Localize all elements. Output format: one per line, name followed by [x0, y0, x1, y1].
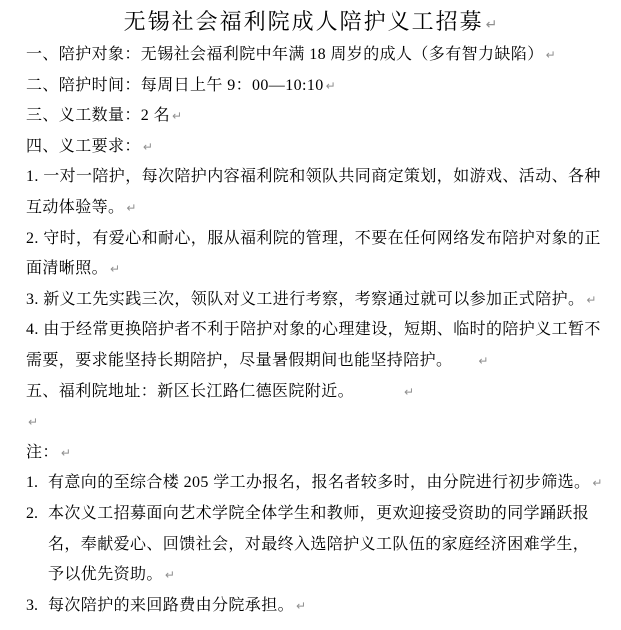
- body-line-empty: ↵: [26, 407, 621, 438]
- note-line-text: 本次义工招募面向艺术学院全体学生和教师，更欢迎接受资助的同学踊跃报: [48, 505, 589, 522]
- note-item-number: 3.: [26, 591, 48, 622]
- note-item-3: 3.每次陪护的来回路费由分院承担。↵: [26, 591, 621, 622]
- body-line-text: 1. 一对一陪护，每次陪护内容福利院和领队共同商定策划，如游戏、活动、各种: [26, 168, 601, 185]
- body-line-text: 2. 守时，有爱心和耐心，服从福利院的管理，不要在任何网络发布陪护对象的正: [26, 230, 601, 247]
- body-line-1: 一、陪护对象：无锡社会福利院中年满 18 周岁的成人（多有智力缺陷）↵: [26, 40, 621, 71]
- paragraph-mark: ↵: [326, 79, 336, 93]
- note-item-1: 1.有意向的至综合楼 205 学工办报名，报名者较多时，由分院进行初步筛选。↵: [26, 468, 621, 499]
- note-line-text: 每次陪护的来回路费由分院承担。: [48, 597, 294, 614]
- paragraph-mark: ↵: [143, 140, 153, 154]
- note-item-number: 1.: [26, 468, 48, 499]
- body-line-11: 需要，要求能坚持长期陪护，尽量暑假期间也能坚持陪护。↵: [26, 346, 621, 377]
- body-line-text: 面清晰照。: [26, 260, 108, 277]
- note-line-text: 予以优先资助。: [48, 566, 163, 583]
- note-line-text: 名，奉献爱心、回馈社会，对最终入选陪护义工队伍的家庭经济困难学生，: [48, 536, 589, 553]
- paragraph-mark: ↵: [586, 293, 596, 307]
- paragraph-mark: ↵: [296, 599, 306, 613]
- paragraph-mark: ↵: [404, 385, 414, 399]
- paragraph-mark: ↵: [126, 201, 136, 215]
- title-text: 无锡社会福利院成人陪护义工招募: [124, 9, 484, 34]
- document-body: 一、陪护对象：无锡社会福利院中年满 18 周岁的成人（多有智力缺陷）↵ 二、陪护…: [0, 40, 621, 621]
- body-line-2: 二、陪护时间：每周日上午 9：00—10:10↵: [26, 71, 621, 102]
- body-line-text: 4. 由于经常更换陪护者不利于陪护对象的心理建设，短期、临时的陪护义工暂不: [26, 321, 601, 338]
- note-item-number: 2.: [26, 499, 48, 530]
- body-line-4: 四、义工要求：↵: [26, 132, 621, 163]
- body-line-text: 需要，要求能坚持长期陪护，尽量暑假期间也能坚持陪护。: [26, 352, 452, 369]
- body-line-note-label: 注：↵: [26, 438, 621, 469]
- document-page: 无锡社会福利院成人陪护义工招募↵ 一、陪护对象：无锡社会福利院中年满 18 周岁…: [0, 0, 621, 630]
- paragraph-mark: ↵: [172, 109, 182, 123]
- body-line-text: 四、义工要求：: [26, 138, 141, 155]
- body-line-text: 三、义工数量：2 名: [26, 107, 170, 124]
- note-line-text: 有意向的至综合楼 205 学工办报名，报名者较多时，由分院进行初步筛选。: [48, 474, 590, 491]
- body-line-12: 五、福利院地址：新区长江路仁德医院附近。↵: [26, 377, 621, 408]
- paragraph-mark: ↵: [478, 354, 488, 368]
- body-line-3: 三、义工数量：2 名↵: [26, 101, 621, 132]
- note-item-2: 2.本次义工招募面向艺术学院全体学生和教师，更欢迎接受资助的同学踊跃报: [26, 499, 621, 530]
- note-item-2-continuation: 予以优先资助。↵: [26, 560, 621, 591]
- body-line-9: 3. 新义工先实践三次，领队对义工进行考察，考察通过就可以参加正式陪护。↵: [26, 285, 621, 316]
- paragraph-mark: ↵: [110, 262, 120, 276]
- paragraph-mark: ↵: [28, 415, 38, 429]
- paragraph-mark: ↵: [592, 476, 602, 490]
- document-title: 无锡社会福利院成人陪护义工招募↵: [0, 0, 621, 40]
- paragraph-mark: ↵: [546, 48, 556, 62]
- body-line-6: 互动体验等。↵: [26, 193, 621, 224]
- paragraph-mark: ↵: [486, 17, 498, 33]
- body-line-text: 互动体验等。: [26, 199, 124, 216]
- body-line-5: 1. 一对一陪护，每次陪护内容福利院和领队共同商定策划，如游戏、活动、各种: [26, 162, 621, 193]
- body-line-10: 4. 由于经常更换陪护者不利于陪护对象的心理建设，短期、临时的陪护义工暂不: [26, 315, 621, 346]
- body-line-8: 面清晰照。↵: [26, 254, 621, 285]
- paragraph-mark: ↵: [61, 446, 71, 460]
- body-line-text: 注：: [26, 444, 59, 461]
- paragraph-mark: ↵: [165, 568, 175, 582]
- body-line-text: 五、福利院地址：新区长江路仁德医院附近。: [26, 383, 354, 400]
- body-line-text: 一、陪护对象：无锡社会福利院中年满 18 周岁的成人（多有智力缺陷）: [26, 46, 544, 63]
- note-item-2-continuation: 名，奉献爱心、回馈社会，对最终入选陪护义工队伍的家庭经济困难学生，: [26, 530, 621, 561]
- body-line-text: 二、陪护时间：每周日上午 9：00—10:10: [26, 77, 324, 94]
- body-line-7: 2. 守时，有爱心和耐心，服从福利院的管理，不要在任何网络发布陪护对象的正: [26, 224, 621, 255]
- body-line-text: 3. 新义工先实践三次，领队对义工进行考察，考察通过就可以参加正式陪护。: [26, 291, 584, 308]
